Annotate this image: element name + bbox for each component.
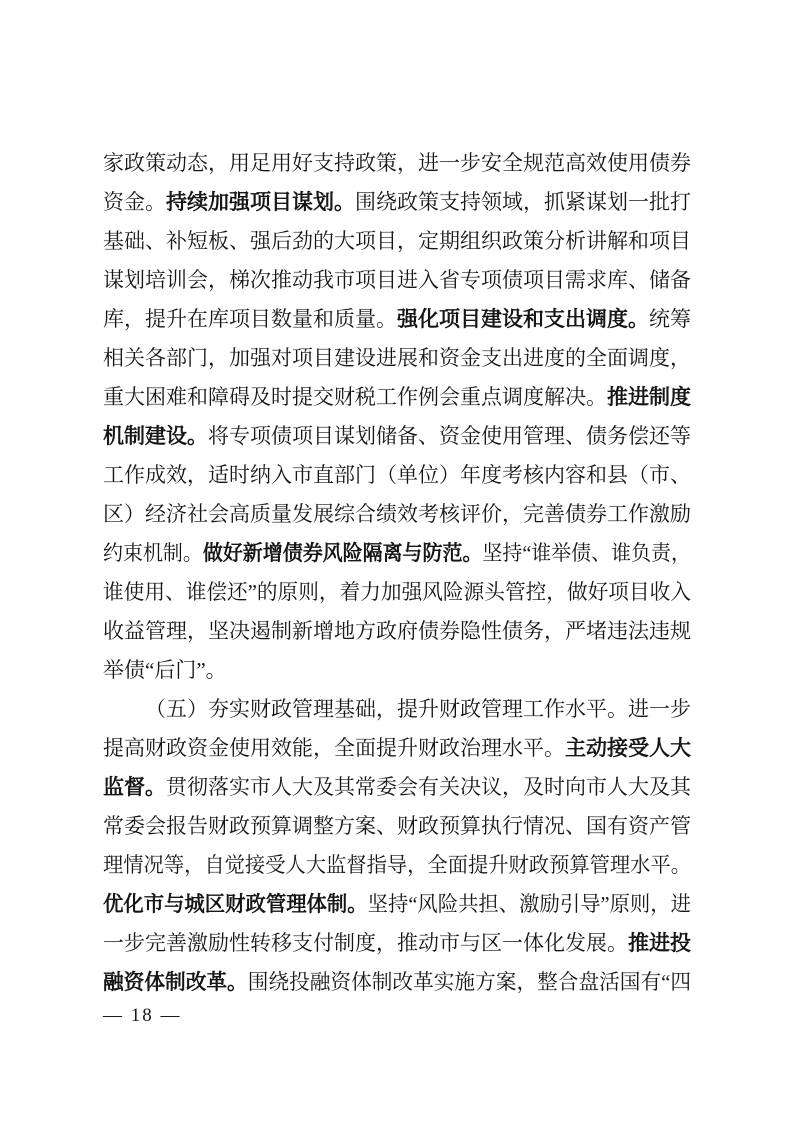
text-line: 家政策动态，用足用好支持政策，进一步安全规范高效使用债券	[103, 144, 691, 183]
text-line: 收益管理，坚决遏制新增地方政府债券隐性债务，严堵违法违规	[103, 612, 691, 651]
body-text: 相关各部门，加强对项目建设进展和资金支出进度的全面调度，	[103, 346, 691, 370]
text-line-content: 约束机制。做好新增债券风险隔离与防范。坚持“谁举债、谁负责，	[103, 534, 691, 573]
body-text: 统筹	[649, 307, 691, 331]
body-text: 提高财政资金使用效能，全面提升财政治理水平。	[103, 736, 565, 760]
emphasis-text: 优化市与城区财政管理体制。	[103, 892, 368, 916]
text-line: 融资体制改革。围绕投融资体制改革实施方案，整合盘活国有“四	[103, 963, 691, 1002]
text-line-content: 监督。贯彻落实市人大及其常委会有关决议，及时向市人大及其	[103, 768, 691, 807]
text-line-content: 谋划培训会，梯次推动我市项目进入省专项债项目需求库、储备	[103, 261, 691, 300]
body-text: 约束机制。	[103, 541, 203, 565]
body-text: 区）经济社会高质量发展综合绩效考核评价，完善债券工作激励	[103, 502, 691, 526]
emphasis-text: 做好新增债券风险隔离与防范。	[203, 541, 483, 565]
body-text: 资金。	[103, 190, 166, 214]
text-line: 机制建设。将专项债项目谋划储备、资金使用管理、债务偿还等	[103, 417, 691, 456]
body-text: 坚持“风险共担、激励引导”原则，进	[368, 892, 691, 916]
text-line: 重大困难和障碍及时提交财税工作例会重点调度解决。推进制度	[103, 378, 691, 417]
body-text: 围绕投融资体制改革实施方案，整合盘活国有“四	[248, 970, 691, 994]
text-line-content: 家政策动态，用足用好支持政策，进一步安全规范高效使用债券	[103, 144, 691, 183]
body-text: 重大困难和障碍及时提交财税工作例会重点调度解决。	[103, 385, 607, 409]
body-text: 围绕政策支持领域，抓紧谋划一批打	[355, 190, 691, 214]
text-line-content: （五）夯实财政管理基础，提升财政管理工作水平。进一步	[145, 690, 691, 729]
text-line-content: 机制建设。将专项债项目谋划储备、资金使用管理、债务偿还等	[103, 417, 691, 456]
body-text: 谋划培训会，梯次推动我市项目进入省专项债项目需求库、储备	[103, 268, 691, 292]
text-line: 优化市与城区财政管理体制。坚持“风险共担、激励引导”原则，进	[103, 885, 691, 924]
text-line: （五）夯实财政管理基础，提升财政管理工作水平。进一步	[103, 690, 691, 729]
page-number: — 18 —	[103, 1001, 182, 1031]
text-line-content: 理情况等，自觉接受人大监督指导，全面提升财政预算管理水平。	[103, 846, 691, 885]
text-line: 常委会报告财政预算调整方案、财政预算执行情况、国有资产管	[103, 807, 691, 846]
text-line: 基础、补短板、强后劲的大项目，定期组织政策分析讲解和项目	[103, 222, 691, 261]
text-line: 约束机制。做好新增债券风险隔离与防范。坚持“谁举债、谁负责，	[103, 534, 691, 573]
body-text: 谁使用、谁偿还”的原则，着力加强风险源头管控，做好项目收入	[103, 580, 691, 604]
text-line-content: 提高财政资金使用效能，全面提升财政治理水平。主动接受人大	[103, 729, 691, 768]
text-line: 资金。持续加强项目谋划。围绕政策支持领域，抓紧谋划一批打	[103, 183, 691, 222]
text-line-content: 重大困难和障碍及时提交财税工作例会重点调度解决。推进制度	[103, 378, 691, 417]
text-line: 工作成效，适时纳入市直部门（单位）年度考核内容和县（市、	[103, 456, 691, 495]
text-line-content: 区）经济社会高质量发展综合绩效考核评价，完善债券工作激励	[103, 495, 691, 534]
text-line: 理情况等，自觉接受人大监督指导，全面提升财政预算管理水平。	[103, 846, 691, 885]
text-line-content: 工作成效，适时纳入市直部门（单位）年度考核内容和县（市、	[103, 456, 691, 495]
text-line-content: 资金。持续加强项目谋划。围绕政策支持领域，抓紧谋划一批打	[103, 183, 691, 222]
text-line-content: 融资体制改革。围绕投融资体制改革实施方案，整合盘活国有“四	[103, 963, 691, 1002]
text-line: 区）经济社会高质量发展综合绩效考核评价，完善债券工作激励	[103, 495, 691, 534]
body-text: 常委会报告财政预算调整方案、财政预算执行情况、国有资产管	[103, 814, 691, 838]
document-page: 家政策动态，用足用好支持政策，进一步安全规范高效使用债券资金。持续加强项目谋划。…	[0, 0, 793, 1122]
body-text: 工作成效，适时纳入市直部门（单位）年度考核内容和县（市、	[103, 463, 691, 487]
body-text: 举债“后门”。	[103, 658, 227, 682]
text-line-content: 优化市与城区财政管理体制。坚持“风险共担、激励引导”原则，进	[103, 885, 691, 924]
body-text: （五）夯实财政管理基础，提升财政管理工作水平。进一步	[145, 697, 691, 721]
text-line: 谁使用、谁偿还”的原则，着力加强风险源头管控，做好项目收入	[103, 573, 691, 612]
emphasis-text: 融资体制改革。	[103, 970, 248, 994]
emphasis-text: 强化项目建设和支出调度。	[397, 307, 649, 331]
emphasis-text: 推进投	[628, 931, 691, 955]
body-text: 坚持“谁举债、谁负责，	[482, 541, 691, 565]
text-line: 库，提升在库项目数量和质量。强化项目建设和支出调度。统筹	[103, 300, 691, 339]
body-text: 一步完善激励性转移支付制度，推动市与区一体化发展。	[103, 931, 628, 955]
body-text: 家政策动态，用足用好支持政策，进一步安全规范高效使用债券	[103, 151, 691, 175]
body-text: 贯彻落实市人大及其常委会有关决议，及时向市人大及其	[166, 775, 691, 799]
body-text: 将专项债项目谋划储备、资金使用管理、债务偿还等	[208, 424, 691, 448]
text-line-content: 基础、补短板、强后劲的大项目，定期组织政策分析讲解和项目	[103, 222, 691, 261]
text-line-content: 相关各部门，加强对项目建设进展和资金支出进度的全面调度，	[103, 339, 691, 378]
body-text: 库，提升在库项目数量和质量。	[103, 307, 397, 331]
text-line: 监督。贯彻落实市人大及其常委会有关决议，及时向市人大及其	[103, 768, 691, 807]
text-line-content: 谁使用、谁偿还”的原则，着力加强风险源头管控，做好项目收入	[103, 573, 691, 612]
text-line-content: 一步完善激励性转移支付制度，推动市与区一体化发展。推进投	[103, 924, 691, 963]
body-text: 基础、补短板、强后劲的大项目，定期组织政策分析讲解和项目	[103, 229, 691, 253]
text-line: 提高财政资金使用效能，全面提升财政治理水平。主动接受人大	[103, 729, 691, 768]
text-line-content: 举债“后门”。	[103, 651, 227, 690]
text-line: 一步完善激励性转移支付制度，推动市与区一体化发展。推进投	[103, 924, 691, 963]
emphasis-text: 持续加强项目谋划。	[166, 190, 355, 214]
emphasis-text: 推进制度	[607, 385, 691, 409]
text-line: 举债“后门”。	[103, 651, 691, 690]
text-line-content: 常委会报告财政预算调整方案、财政预算执行情况、国有资产管	[103, 807, 691, 846]
emphasis-text: 主动接受人大	[565, 736, 691, 760]
emphasis-text: 机制建设。	[103, 424, 208, 448]
emphasis-text: 监督。	[103, 775, 166, 799]
text-line-content: 库，提升在库项目数量和质量。强化项目建设和支出调度。统筹	[103, 300, 691, 339]
text-line-content: 收益管理，坚决遏制新增地方政府债券隐性债务，严堵违法违规	[103, 612, 691, 651]
text-line: 谋划培训会，梯次推动我市项目进入省专项债项目需求库、储备	[103, 261, 691, 300]
body-text: 理情况等，自觉接受人大监督指导，全面提升财政预算管理水平。	[103, 853, 691, 877]
body-text: 收益管理，坚决遏制新增地方政府债券隐性债务，严堵违法违规	[103, 619, 691, 643]
document-body: 家政策动态，用足用好支持政策，进一步安全规范高效使用债券资金。持续加强项目谋划。…	[103, 144, 691, 1002]
text-line: 相关各部门，加强对项目建设进展和资金支出进度的全面调度，	[103, 339, 691, 378]
